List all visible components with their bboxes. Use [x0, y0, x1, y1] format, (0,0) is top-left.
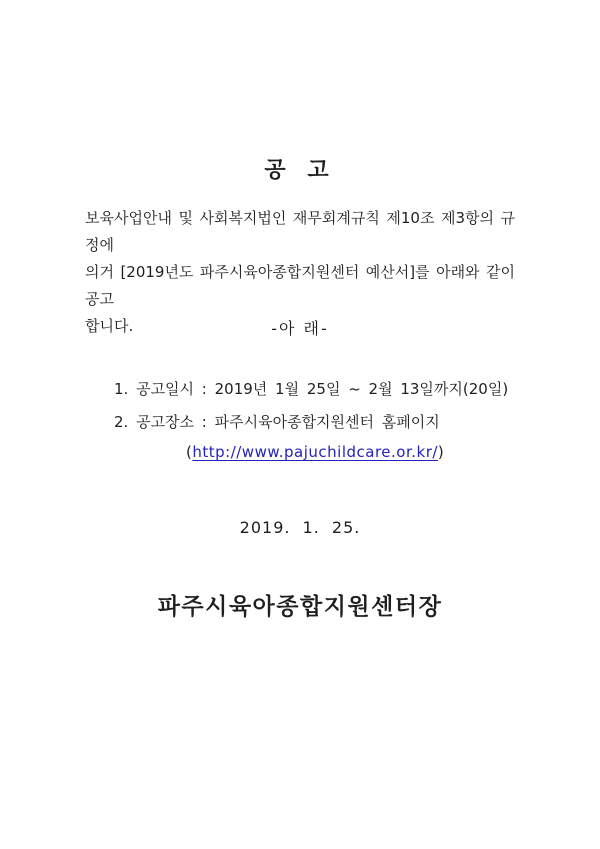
notice-page: 공 고 보육사업안내 및 사회복지법인 재무회계규칙 제10조 제3항의 규정에… [0, 0, 600, 849]
website-link[interactable]: http://www.pajuchildcare.or.kr/ [192, 443, 438, 461]
list-item-announcement-period: 1. 공고일시 : 2019년 1월 25일 ~ 2월 13일까지(20일) [114, 378, 508, 399]
close-paren: ) [438, 443, 444, 461]
website-link-line: (http://www.pajuchildcare.or.kr/) [186, 443, 444, 461]
body-line: 보육사업안내 및 사회복지법인 재무회계규칙 제10조 제3항의 규정에 [85, 205, 515, 259]
list-item-announcement-place: 2. 공고장소 : 파주시육아종합지원센터 홈페이지 [114, 411, 440, 432]
notice-title: 공 고 [0, 153, 600, 184]
issue-date: 2019. 1. 25. [0, 518, 600, 537]
body-line: 의거 [2019년도 파주시육아종합지원센터 예산서]를 아래와 같이 공고 [85, 259, 515, 313]
below-heading: -아 래- [0, 316, 600, 339]
issuer-signature: 파주시육아종합지원센터장 [0, 588, 600, 621]
